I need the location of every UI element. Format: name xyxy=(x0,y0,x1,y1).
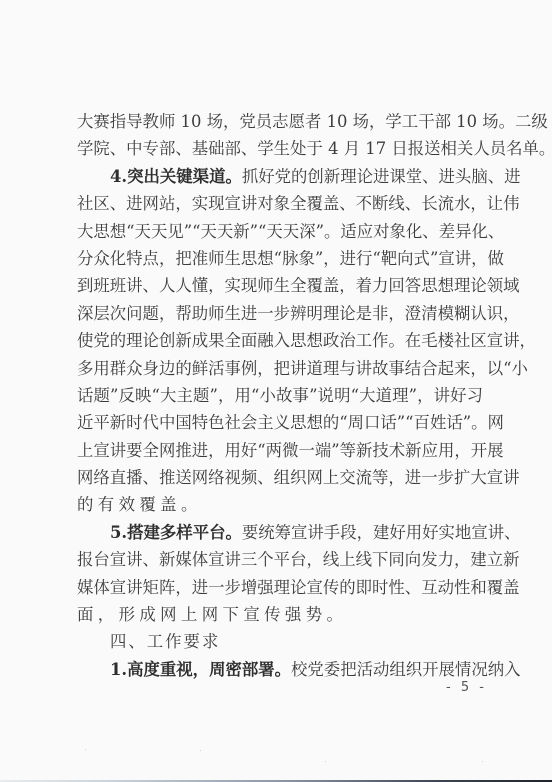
body-line: 媒体宣讲矩阵，进一步增强理论宣传的即时性、互动性和覆盖 xyxy=(77,574,483,601)
body-line: 近平新时代中国特色社会主义思想的“周口话”“百姓话”。网 xyxy=(77,409,483,436)
item-5-heading: 5.搭建多样平台。 xyxy=(110,523,242,542)
item-4-line: 4.突出关键渠道。抓好党的创新理论进课堂、进头脑、进 xyxy=(77,163,483,190)
body-line: 分众化特点，把准师生思想“脉象”，进行“靶向式”宣讲，做 xyxy=(77,245,483,272)
item-5-text: 要统筹宣讲手段，建好用好实地宣讲、 xyxy=(242,523,521,542)
body-line-end: 的有效覆盖。 xyxy=(77,491,483,518)
requirement-1-line: 1.高度重视，周密部署。校党委把活动组织开展情况纳入 xyxy=(77,656,483,683)
scan-speck xyxy=(325,761,326,762)
page-number: - 5 - xyxy=(446,680,487,695)
document-body: 大赛指导教师 10 场，党员志愿者 10 场，学工干部 10 场。二级 学院、中… xyxy=(77,108,483,683)
requirement-1-text: 校党委把活动组织开展情况纳入 xyxy=(291,660,520,679)
body-line: 多用群众身边的鲜活事例，把讲道理与讲故事结合起来，以“小 xyxy=(77,355,483,382)
body-line: 大思想“天天见”“天天新”“天天深”。适应对象化、差异化、 xyxy=(77,218,483,245)
body-line: 大赛指导教师 10 场，党员志愿者 10 场，学工干部 10 场。二级 xyxy=(77,108,483,135)
section-heading-work-requirements: 四、工作要求 xyxy=(77,628,483,655)
body-line: 话题”反映“大主题”，用“小故事”说明“大道理”，讲好习 xyxy=(77,382,483,409)
body-line: 报台宣讲、新媒体宣讲三个平台，线上线下同向发力，建立新 xyxy=(77,546,483,573)
body-line: 社区、进网站，实现宣讲对象全覆盖、不断线、长流水，让伟 xyxy=(77,190,483,217)
scan-speck xyxy=(482,761,483,762)
requirement-1-heading: 1.高度重视，周密部署。 xyxy=(110,660,291,679)
body-line: 到班班讲、人人懂，实现师生全覆盖，着力回答思想理论领域 xyxy=(77,272,483,299)
body-line: 上宣讲要全网推进，用好“两微一端”等新技术新应用，开展 xyxy=(77,437,483,464)
item-4-heading: 4.突出关键渠道。 xyxy=(110,167,242,186)
scan-speck xyxy=(200,750,201,751)
body-line: 深层次问题，帮助师生进一步辨明理论是非，澄清模糊认识， xyxy=(77,300,483,327)
item-5-line: 5.搭建多样平台。要统筹宣讲手段，建好用好实地宣讲、 xyxy=(77,519,483,546)
body-line: 学院、中专部、基础部、学生处于 4 月 17 日报送相关人员名单。 xyxy=(77,135,483,162)
document-page: 大赛指导教师 10 场，党员志愿者 10 场，学工干部 10 场。二级 学院、中… xyxy=(0,0,552,782)
body-line: 网络直播、推送网络视频、组织网上交流等，进一步扩大宣讲 xyxy=(77,464,483,491)
scan-speck xyxy=(85,749,86,750)
item-4-text: 抓好党的创新理论进课堂、进头脑、进 xyxy=(242,167,521,186)
body-line-end: 面，形成网上网下宣传强势。 xyxy=(77,601,483,628)
body-line: 使党的理论创新成果全面融入思想政治工作。在毛楼社区宣讲， xyxy=(77,327,483,354)
